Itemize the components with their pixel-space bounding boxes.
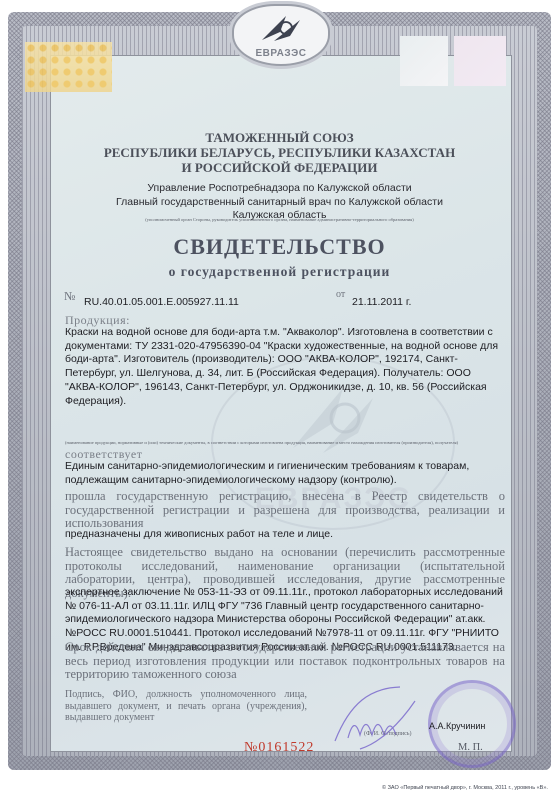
fio-caption: (Ф. И. О./подпись)	[364, 731, 411, 737]
registration-date: 21.11.2011 г.	[352, 296, 411, 308]
number-label: №	[64, 289, 75, 304]
document-subtitle: о государственной регистрации	[0, 264, 559, 280]
emblem-label: ЕВРАЗЭС	[234, 48, 328, 59]
authority-line-1: Управление Роспотребнадзора по Калужской…	[0, 182, 559, 196]
eurasec-emblem: ЕВРАЗЭС	[232, 4, 330, 66]
conformity-text: Единым санитарно-эпидемиологическим и ги…	[65, 460, 515, 487]
authority-line-2: Главный государственный санитарный врач …	[0, 196, 559, 210]
registration-number: RU.40.01.05.001.Е.005927.11.11	[84, 296, 239, 308]
form-serial-number: №0161522	[244, 740, 314, 756]
union-line-1: ТАМОЖЕННЫЙ СОЮЗ	[0, 130, 559, 145]
union-line-3: И РОССИЙСКОЙ ФЕДЕРАЦИИ	[0, 160, 559, 175]
printer-note: © ЗАО «Первый печатный двор», г. Москва,…	[382, 785, 548, 791]
eurasec-emblem-icon	[260, 14, 302, 42]
hologram-strip-left	[25, 42, 112, 92]
date-label: от	[336, 289, 345, 300]
signatory-name: А.А.Кручинин	[429, 721, 485, 731]
hologram-patch-right-2	[454, 36, 506, 86]
product-caption: (наименование продукции, нормативные и (…	[65, 440, 515, 445]
seal-label: М. П.	[458, 742, 483, 753]
validity-statement: Срок действия свидетельства о государств…	[65, 641, 505, 682]
customs-union-heading: ТАМОЖЕННЫЙ СОЮЗ РЕСПУБЛИКИ БЕЛАРУСЬ, РЕС…	[0, 130, 559, 175]
registration-statement: прошла государственную регистрацию, внес…	[65, 490, 505, 531]
product-purpose: предназначены для живописных работ на те…	[65, 528, 505, 542]
hologram-patch-right-1	[400, 36, 448, 86]
authority-caption: (уполномоченный орган Стороны, руководит…	[0, 217, 559, 222]
document-title: СВИДЕТЕЛЬСТВО	[0, 234, 559, 260]
handwritten-signature-icon	[330, 683, 420, 753]
union-line-2: РЕСПУБЛИКИ БЕЛАРУСЬ, РЕСПУБЛИКИ КАЗАХСТА…	[0, 145, 559, 160]
product-description: Краски на водной основе для боди-арта т.…	[65, 326, 505, 408]
signature-label: Подпись, ФИО, должность уполномоченного …	[65, 689, 307, 724]
